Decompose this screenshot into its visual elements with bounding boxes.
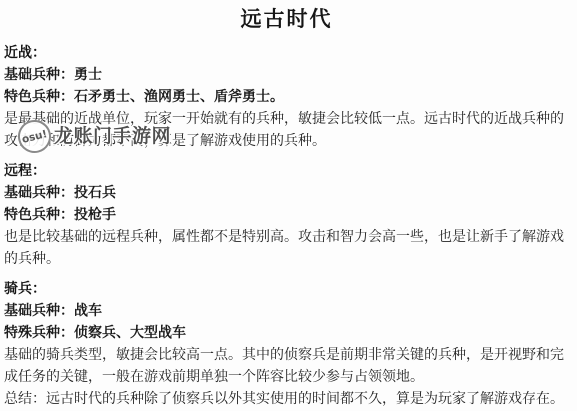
section-cavalry-heading: 骑兵： — [4, 279, 569, 301]
cavalry-basic-units-line: 基础兵种：战车 — [4, 301, 569, 323]
cavalry-special-units-line: 特殊兵种：侦察兵、大型战车 — [4, 323, 569, 345]
melee-special-units-line: 特色兵种：石矛勇士、渔网勇士、盾斧勇士。 — [4, 87, 569, 109]
ranged-special-units-line: 特色兵种：投枪手 — [4, 205, 569, 227]
section-melee-heading: 近战： — [4, 43, 569, 65]
ranged-basic-units-line: 基础兵种：投石兵 — [4, 183, 569, 205]
ranged-description: 也是比较基础的远程兵种，属性都不是特别高。攻击和智力会高一些，也是让新手了解游戏… — [4, 227, 569, 271]
section-ranged: 远程： 基础兵种：投石兵 特色兵种：投枪手 也是比较基础的远程兵种，属性都不是特… — [4, 161, 569, 271]
cavalry-description: 基础的骑兵类型，敏捷会比较高一点。其中的侦察兵是前期非常关键的兵种，是开视野和完… — [4, 345, 569, 389]
section-melee: 近战： 基础兵种：勇士 特色兵种：石矛勇士、渔网勇士、盾斧勇士。 是最基础的近战… — [4, 43, 569, 153]
section-ranged-heading: 远程： — [4, 161, 569, 183]
section-cavalry: 骑兵： 基础兵种：战车 特殊兵种：侦察兵、大型战车 基础的骑兵类型，敏捷会比较高… — [4, 279, 569, 411]
page-title: 远古时代 — [4, 7, 569, 31]
melee-description: 是最基础的近战单位，玩家一开始就有的兵种，敏捷会比较低一点。远古时代的近战兵种的… — [4, 109, 569, 153]
melee-basic-units-line: 基础兵种：勇士 — [4, 65, 569, 87]
article-page: 远古时代 近战： 基础兵种：勇士 特色兵种：石矛勇士、渔网勇士、盾斧勇士。 是最… — [0, 0, 577, 411]
summary-line: 总结：远古时代的兵种除了侦察兵以外其实使用的时间都不久，算是为玩家了解游戏存在。 — [4, 389, 569, 411]
